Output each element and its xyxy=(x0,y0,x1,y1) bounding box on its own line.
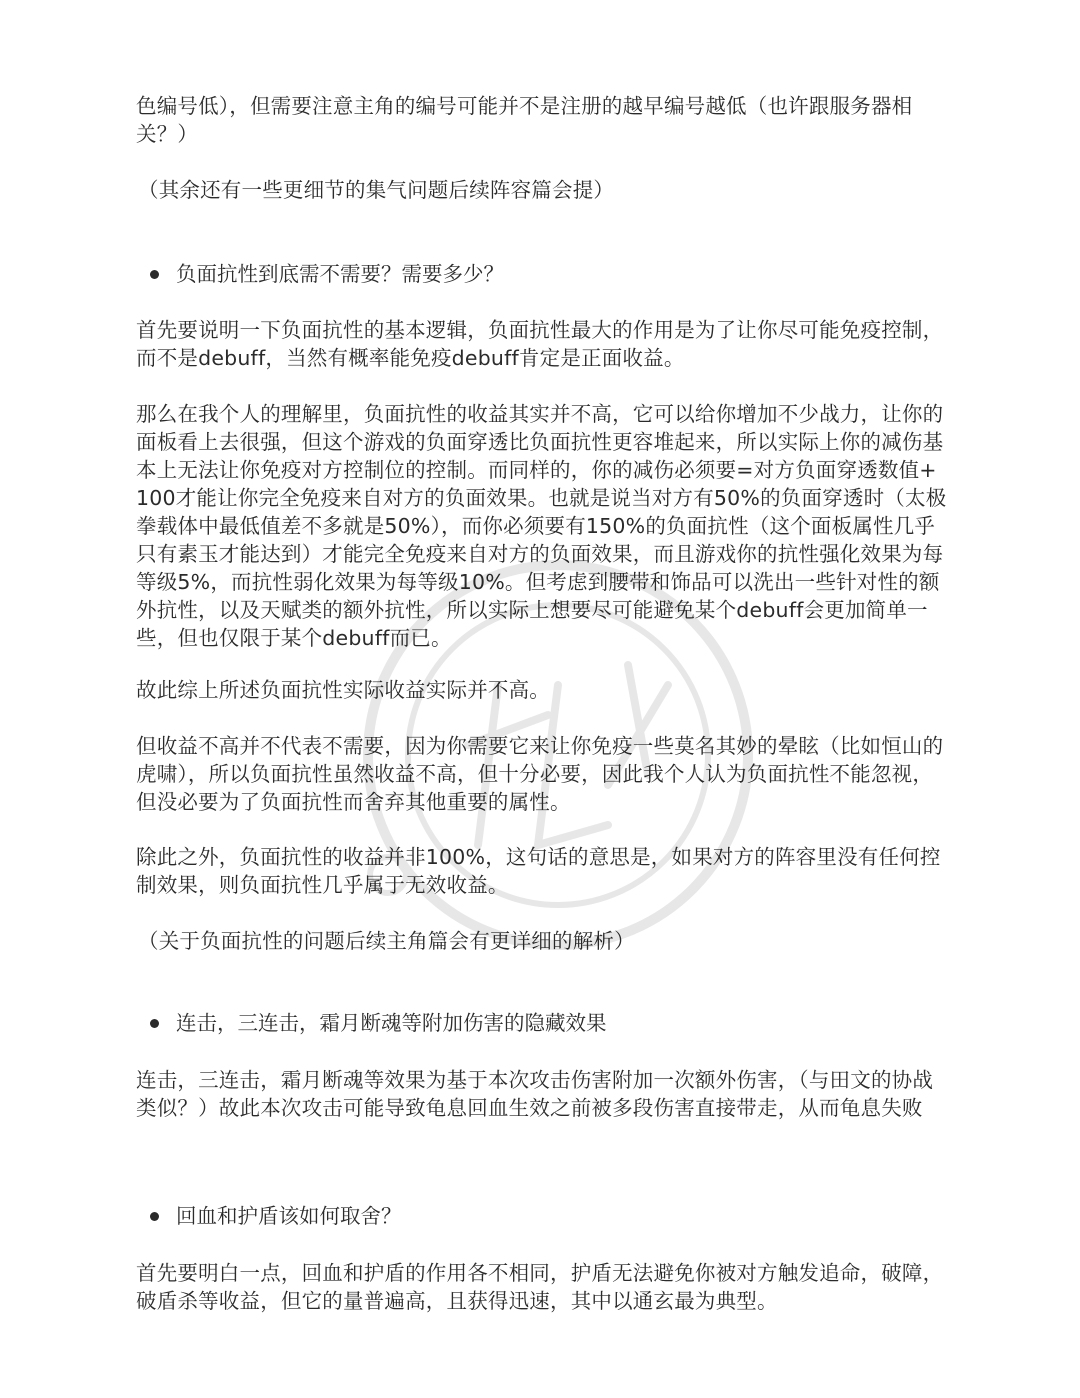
paragraph-resistance-understanding: 那么在我个人的理解里，负面抗性的收益其实并不高，它可以给你增加不少战力，让你的面… xyxy=(136,400,948,652)
paragraph-server-number: 色编号低），但需要注意主角的编号可能并不是注册的越早编号越低（也许跟服务器相关？… xyxy=(136,92,948,148)
paragraph-not-100-percent: 除此之外，负面抗性的收益并非100%，这句话的意思是，如果对方的阵容里没有任何控… xyxy=(136,843,948,899)
bullet-icon xyxy=(150,1019,159,1028)
bullet-combo-effects: 连击，三连击，霜月断魂等附加伤害的隐藏效果 xyxy=(150,1009,940,1037)
paragraph-conclusion: 故此综上所述负面抗性实际收益实际并不高。 xyxy=(136,676,948,704)
note-gather-qi: （其余还有一些更细节的集气问题后续阵容篇会提） xyxy=(138,176,950,204)
paragraph-combo-explanation: 连击，三连击，霜月断魂等效果为基于本次攻击伤害附加一次额外伤害，（与田文的协战类… xyxy=(136,1066,948,1122)
bullet-heal-vs-shield: 回血和护盾该如何取舍？ xyxy=(150,1202,940,1230)
paragraph-heal-shield-explanation: 首先要明白一点，回血和护盾的作用各不相同，护盾无法避免你被对方触发追命，破障，破… xyxy=(136,1259,948,1315)
paragraph-resistance-logic: 首先要说明一下负面抗性的基本逻辑，负面抗性最大的作用是为了让你尽可能免疫控制，而… xyxy=(136,316,948,372)
bullet-negative-resistance: 负面抗性到底需不需要？需要多少？ xyxy=(150,260,940,288)
bullet-icon xyxy=(150,270,159,279)
paragraph-still-needed: 但收益不高并不代表不需要，因为你需要它来让你免疫一些莫名其妙的晕眩（比如恒山的虎… xyxy=(136,732,948,816)
note-protagonist-analysis: （关于负面抗性的问题后续主角篇会有更详细的解析） xyxy=(138,927,950,955)
bullet-icon xyxy=(150,1212,159,1221)
bullet-heading-text: 负面抗性到底需不需要？需要多少？ xyxy=(176,260,504,288)
bullet-heading-text: 连击，三连击，霜月断魂等附加伤害的隐藏效果 xyxy=(176,1009,607,1037)
bullet-heading-text: 回血和护盾该如何取舍？ xyxy=(176,1202,402,1230)
